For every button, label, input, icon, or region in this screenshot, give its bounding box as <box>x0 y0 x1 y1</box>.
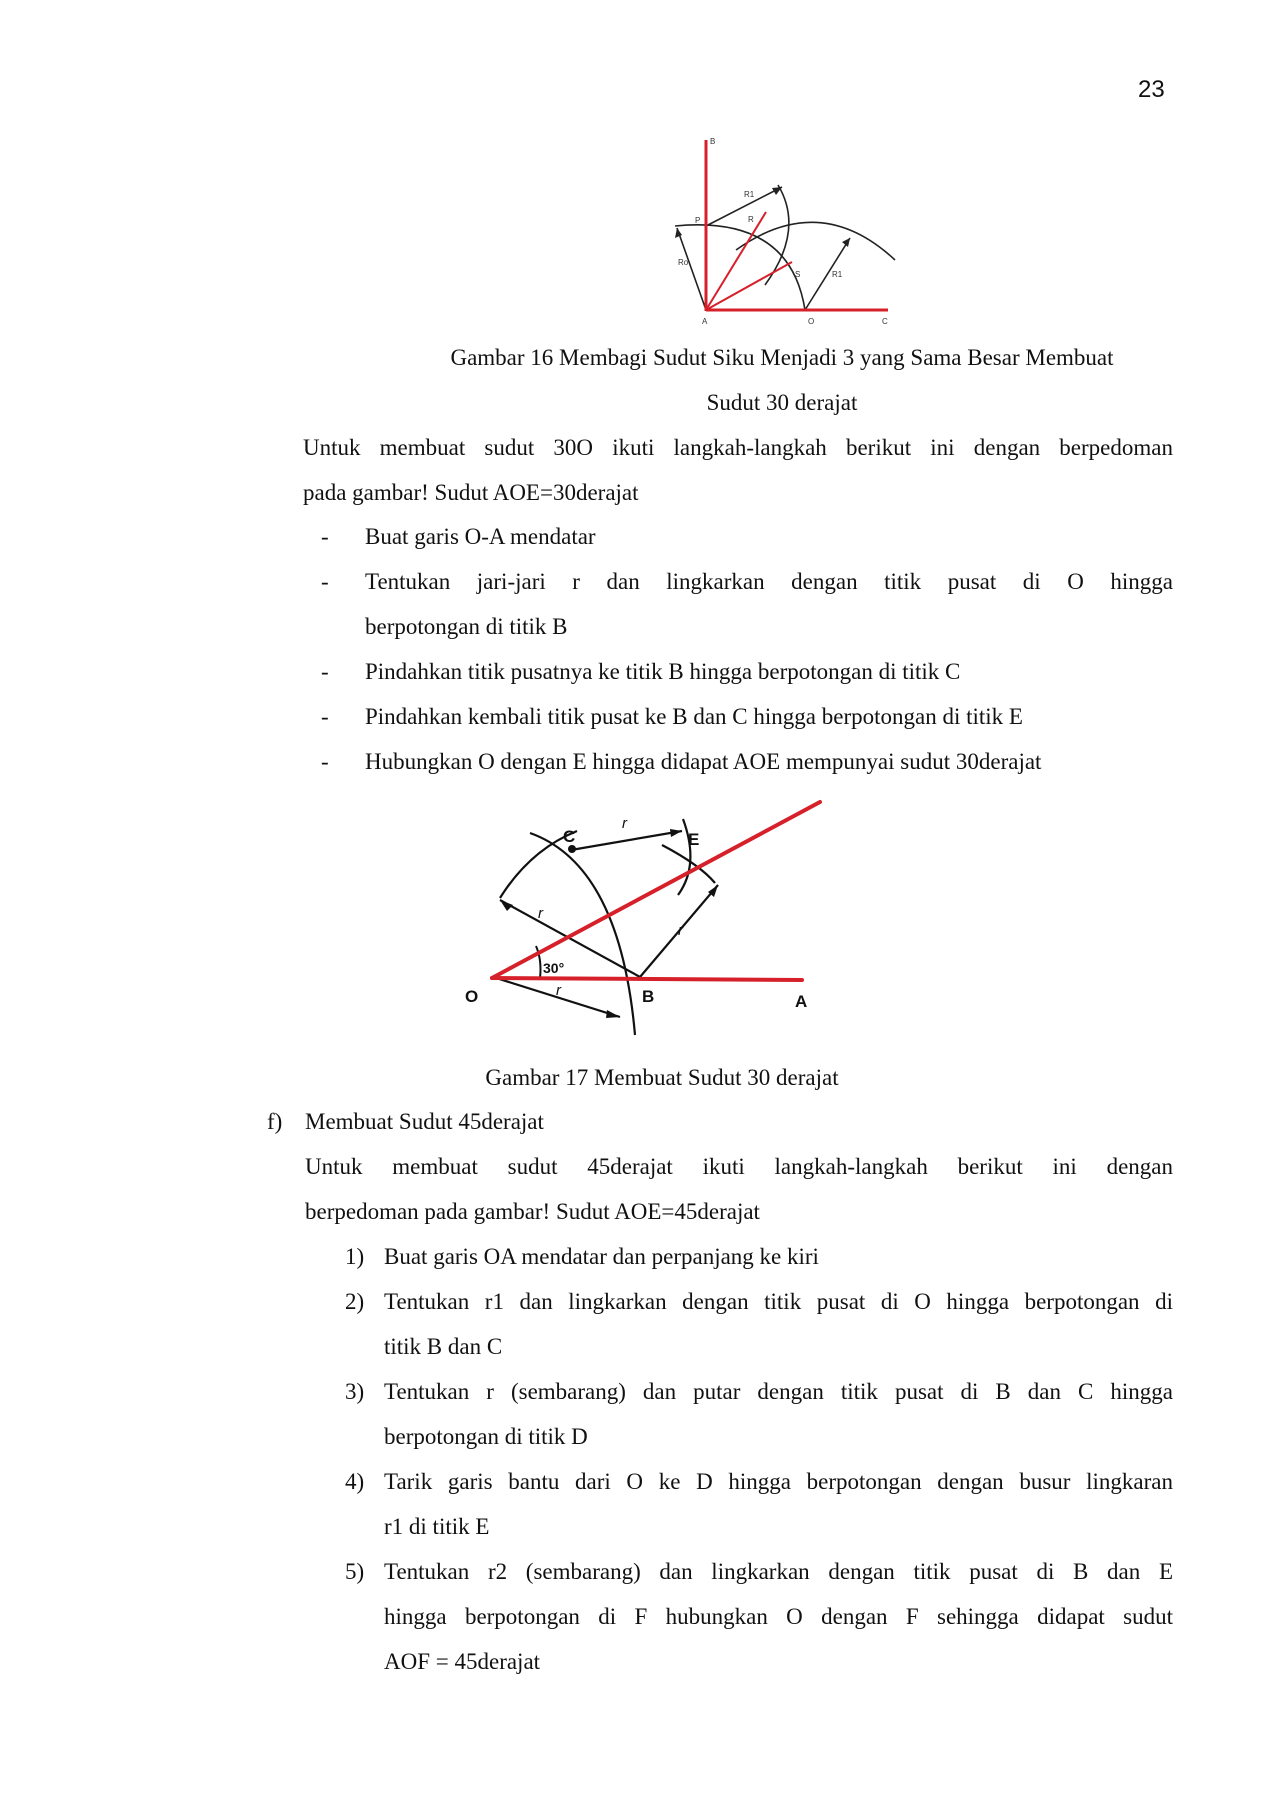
figure-17-construct-30-degree: O B A C E 30° r r r r <box>460 785 840 1040</box>
label-r: r <box>622 815 628 832</box>
section45-step-4-line-2: r1 di titik E <box>384 1513 489 1541</box>
label-r: r <box>556 982 562 999</box>
section30-step-4: Pindahkan kembali titik pusat ke B dan C… <box>365 703 1023 731</box>
section45-step-3-line-1: Tentukan r (sembarang) dan putar dengan … <box>384 1378 1173 1406</box>
step-marker: 2) <box>345 1288 364 1316</box>
label-a: A <box>795 992 807 1011</box>
section45-step-5-line-2: hingga berpotongan di F hubungkan O deng… <box>384 1603 1173 1631</box>
label-ro: Ro <box>678 258 689 267</box>
label-e: E <box>688 830 699 849</box>
label-b: B <box>642 987 654 1006</box>
section30-step-5: Hubungkan O dengan E hingga didapat AOE … <box>365 748 1041 776</box>
section30-step-3: Pindahkan titik pusatnya ke titik B hing… <box>365 658 960 686</box>
section45-step-2-line-1: Tentukan r1 dan lingkarkan dengan titik … <box>384 1288 1173 1316</box>
section45-marker: f) <box>267 1108 282 1136</box>
figure-17-caption: Gambar 17 Membuat Sudut 30 derajat <box>462 1064 862 1092</box>
section45-step-3-line-2: berpotongan di titik D <box>384 1423 588 1451</box>
label-r1-top: R1 <box>744 190 755 199</box>
section30-intro-line-1: Untuk membuat sudut 30O ikuti langkah-la… <box>303 434 1173 462</box>
bullet-marker: - <box>321 658 329 686</box>
label-a: A <box>702 317 708 326</box>
label-c: C <box>563 827 575 846</box>
section45-step-5-line-1: Tentukan r2 (sembarang) dan lingkarkan d… <box>384 1558 1173 1586</box>
section30-step-2-line-2: berpotongan di titik B <box>365 613 568 641</box>
label-o: O <box>465 987 478 1006</box>
page-number: 23 <box>1138 76 1165 104</box>
section45-step-5-line-3: AOF = 45derajat <box>384 1648 540 1676</box>
label-o: O <box>808 317 814 326</box>
figure-16-caption-line-1: Gambar 16 Membagi Sudut Siku Menjadi 3 y… <box>402 344 1162 372</box>
figure-16-caption-line-2: Sudut 30 derajat <box>402 389 1162 417</box>
section45-intro-line-2: berpedoman pada gambar! Sudut AOE=45dera… <box>305 1198 760 1226</box>
label-r: r <box>538 905 544 922</box>
section45-step-4-line-1: Tarik garis bantu dari O ke D hingga ber… <box>384 1468 1173 1496</box>
bullet-marker: - <box>321 748 329 776</box>
section45-heading: Membuat Sudut 45derajat <box>305 1108 544 1136</box>
figure-16-trisect-right-angle: B P R S A O C R1 R1 Ro <box>670 130 910 330</box>
section45-intro-line-1: Untuk membuat sudut 45derajat ikuti lang… <box>305 1153 1173 1181</box>
label-s: S <box>795 270 800 279</box>
bullet-marker: - <box>321 568 329 596</box>
section30-step-1: Buat garis O-A mendatar <box>365 523 596 551</box>
label-b: B <box>710 137 715 146</box>
step-marker: 5) <box>345 1558 364 1586</box>
bullet-marker: - <box>321 523 329 551</box>
step-marker: 3) <box>345 1378 364 1406</box>
label-c: C <box>882 317 888 326</box>
label-r1-right: R1 <box>832 270 843 279</box>
step-marker: 4) <box>345 1468 364 1496</box>
step-marker: 1) <box>345 1243 364 1271</box>
section30-step-2-line-1: Tentukan jari-jari r dan lingkarkan deng… <box>365 568 1173 596</box>
bullet-marker: - <box>321 703 329 731</box>
section45-step-2-line-2: titik B dan C <box>384 1333 502 1361</box>
section45-step-1: Buat garis OA mendatar dan perpanjang ke… <box>384 1243 819 1271</box>
label-angle-30: 30° <box>543 960 564 976</box>
section30-intro-line-2: pada gambar! Sudut AOE=30derajat <box>303 479 639 507</box>
label-p: P <box>695 216 700 225</box>
label-r: R <box>748 215 754 224</box>
